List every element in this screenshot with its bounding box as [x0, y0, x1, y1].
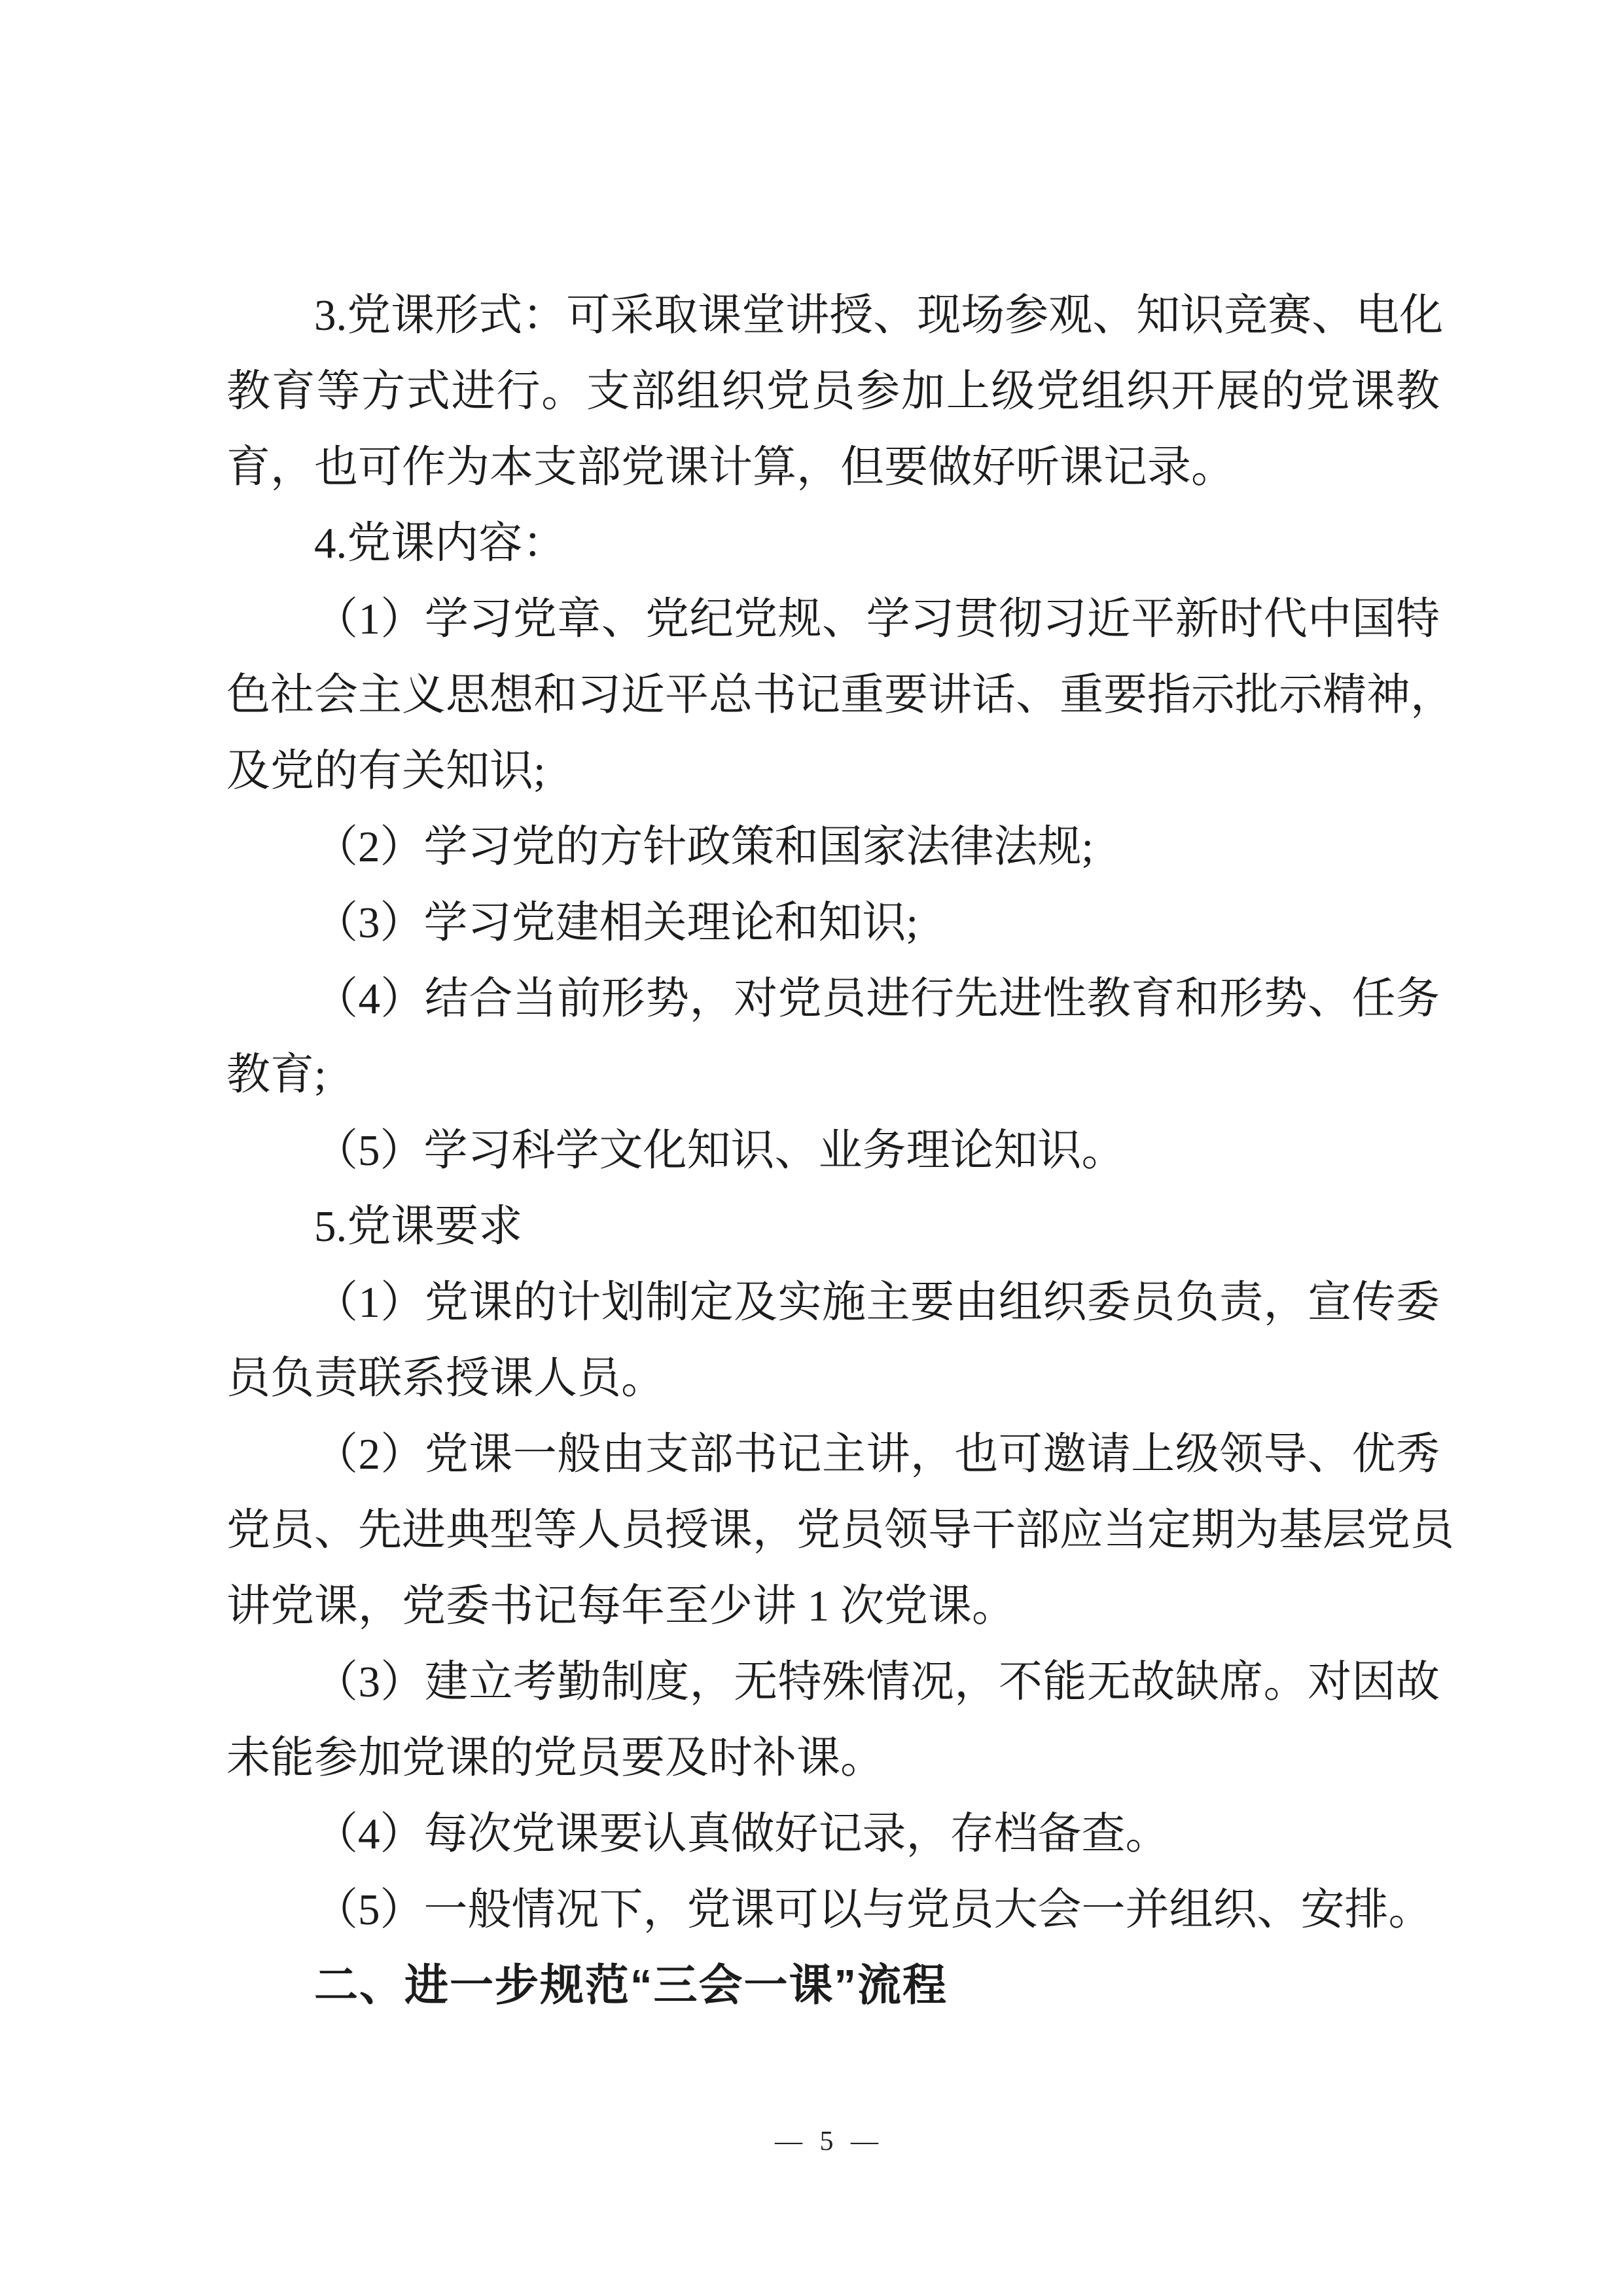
- text-line: （4）每次党课要认真做好记录，存档备查。: [226, 1796, 1440, 1872]
- text-line: 色社会主义思想和习近平总书记重要讲话、重要指示批示精神，: [226, 657, 1440, 733]
- text-line: 教育等方式进行。支部组织党员参加上级党组织开展的党课教: [226, 353, 1440, 429]
- document-page: 3.党课形式：可采取课堂讲授、现场参观、知识竞赛、电化 教育等方式进行。支部组织…: [0, 0, 1623, 2296]
- text-line: 育，也可作为本支部党课计算，但要做好听课记录。: [226, 429, 1440, 505]
- text-line: （4）结合当前形势，对党员进行先进性教育和形势、任务: [226, 961, 1440, 1037]
- text-line: 及党的有关知识;: [226, 733, 1440, 809]
- text-line: 讲党课，党委书记每年至少讲 1 次党课。: [226, 1568, 1440, 1644]
- text-line: （1）党课的计划制定及实施主要由组织委员负责，宣传委: [226, 1265, 1440, 1340]
- text-line: （2）学习党的方针政策和国家法律法规;: [226, 809, 1440, 885]
- text-line: 党员、先进典型等人员授课，党员领导干部应当定期为基层党员: [226, 1492, 1440, 1568]
- text-line: （5）一般情况下，党课可以与党员大会一并组织、安排。: [226, 1872, 1440, 1948]
- text-line: 教育;: [226, 1037, 1440, 1113]
- text-line: 4.党课内容：: [226, 505, 1440, 581]
- section-heading: 二、进一步规范“三会一课”流程: [226, 1948, 1440, 2024]
- text-line: （3）建立考勤制度，无特殊情况，不能无故缺席。对因故: [226, 1644, 1440, 1720]
- text-line: 3.党课形式：可采取课堂讲授、现场参观、知识竞赛、电化: [226, 278, 1440, 353]
- text-line: 未能参加党课的党员要及时补课。: [226, 1720, 1440, 1796]
- page-number: — 5 —: [0, 2126, 1623, 2157]
- text-line: （2）党课一般由支部书记主讲，也可邀请上级领导、优秀: [226, 1416, 1440, 1492]
- text-line: 5.党课要求: [226, 1189, 1440, 1265]
- text-block: 3.党课形式：可采取课堂讲授、现场参观、知识竞赛、电化 教育等方式进行。支部组织…: [226, 278, 1440, 2024]
- text-line: （3）学习党建相关理论和知识;: [226, 885, 1440, 961]
- text-line: （5）学习科学文化知识、业务理论知识。: [226, 1113, 1440, 1189]
- text-line: （1）学习党章、党纪党规、学习贯彻习近平新时代中国特: [226, 581, 1440, 657]
- text-line: 员负责联系授课人员。: [226, 1340, 1440, 1416]
